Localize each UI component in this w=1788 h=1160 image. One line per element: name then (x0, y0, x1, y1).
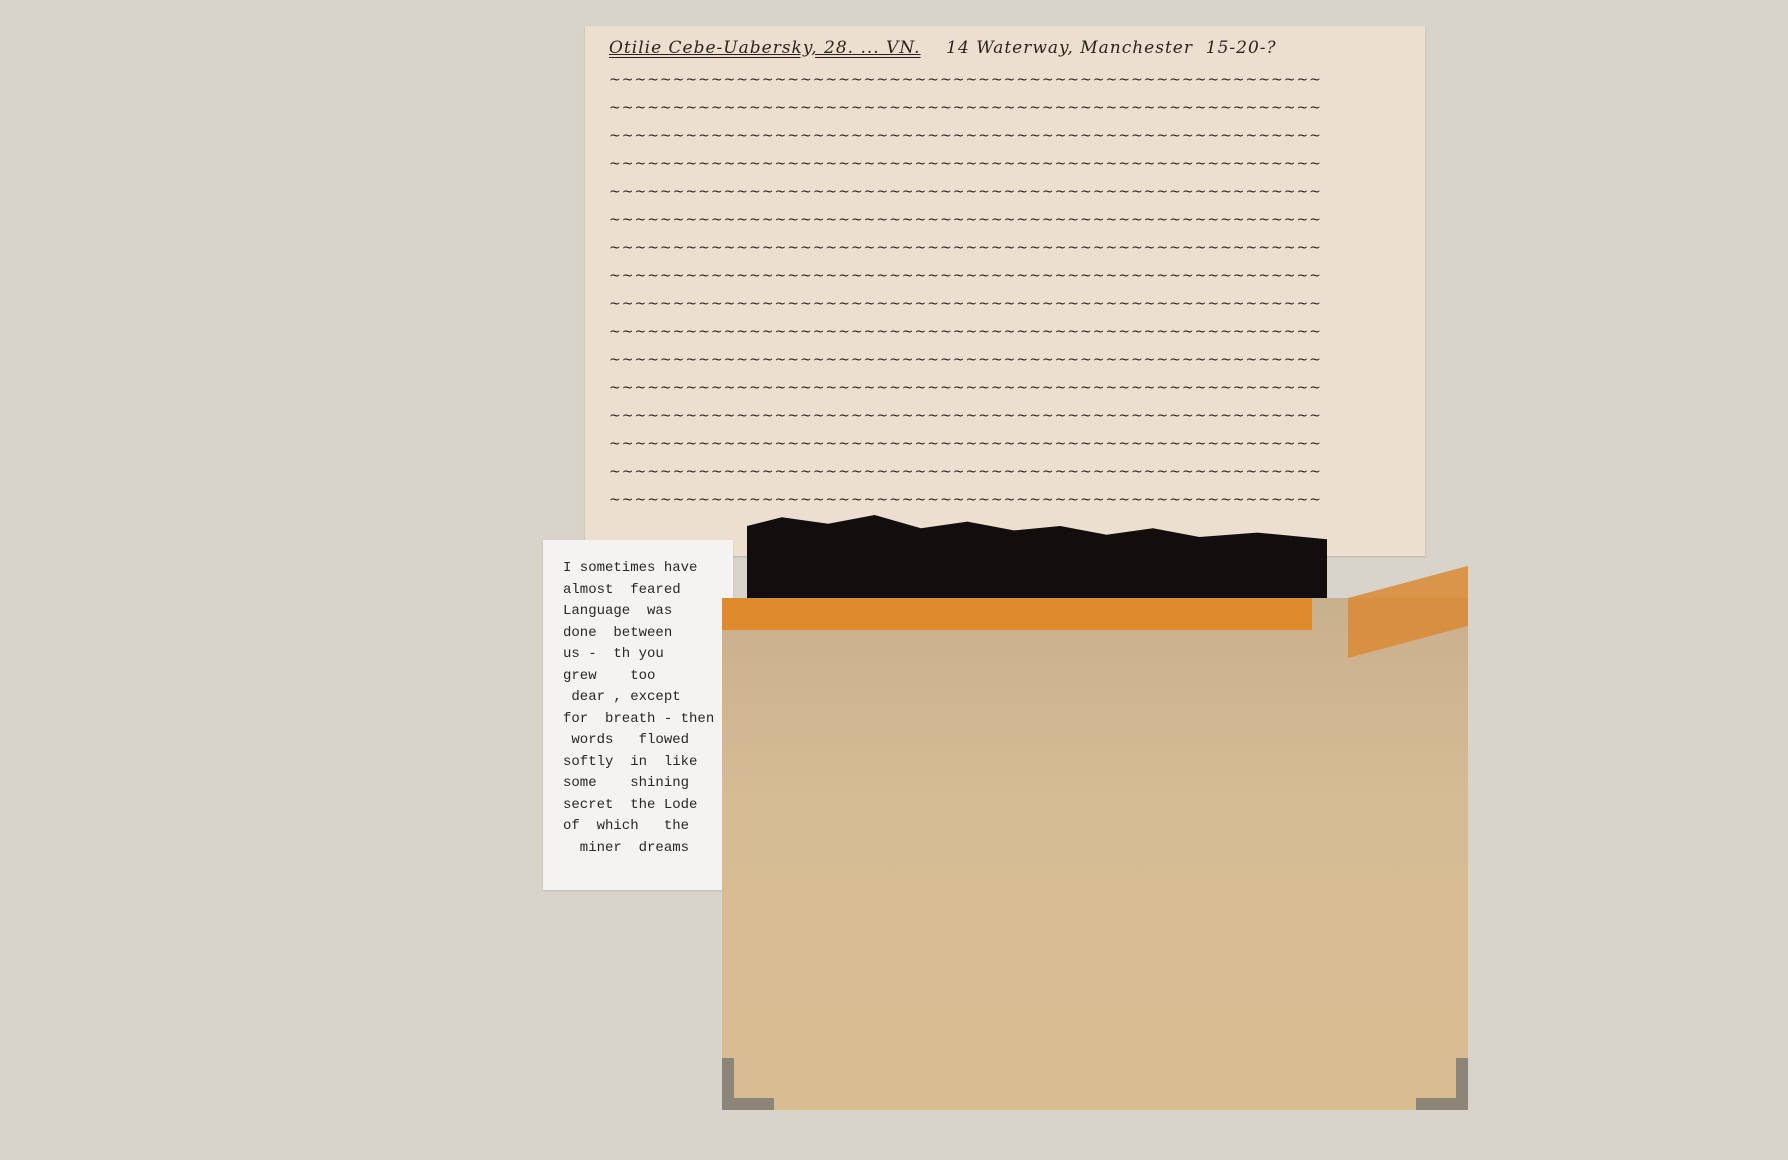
scribble-lines: ~~~~~~~~~~~~~~~~~~~~~~~~~~~~~~~~~~~~~~~~… (609, 66, 1401, 514)
handwritten-text: Otilie Cebe-Uabersky, 28. ... VN. 14 Wat… (609, 34, 1401, 514)
poem-text: I sometimes have almost feared Language … (563, 558, 714, 859)
aged-cardboard (722, 598, 1468, 1110)
letter-date: 15-20-? (1206, 38, 1277, 58)
handwritten-letter: Otilie Cebe-Uabersky, 28. ... VN. 14 Wat… (585, 26, 1425, 556)
letter-heading: Otilie Cebe-Uabersky, 28. ... VN. (609, 38, 921, 58)
corner-mount-right (1416, 1058, 1468, 1110)
orange-folded-flap (1348, 566, 1468, 658)
letter-address: 14 Waterway, Manchester (946, 38, 1193, 58)
typed-poem-card: I sometimes have almost feared Language … (543, 540, 733, 890)
orange-tape-strip (722, 598, 1312, 630)
corner-mount-left (722, 1058, 774, 1110)
